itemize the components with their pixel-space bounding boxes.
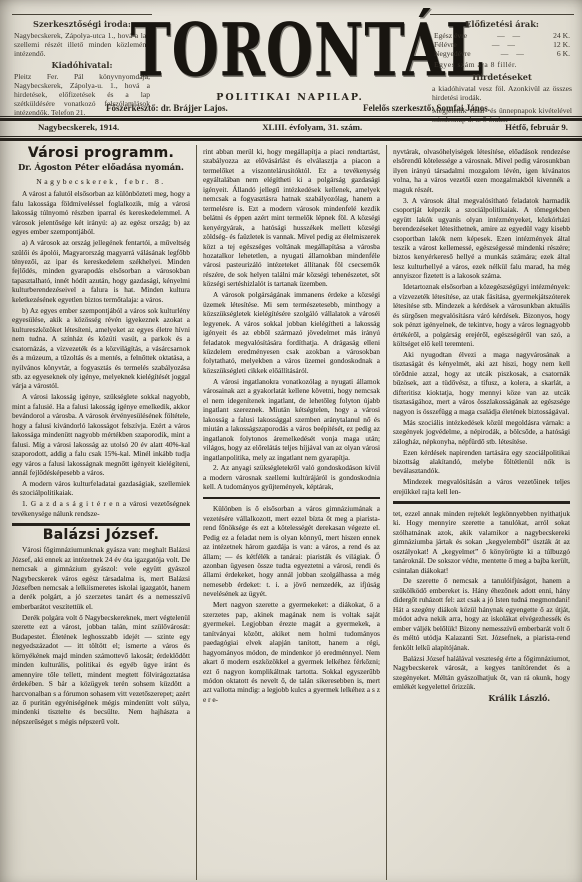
article-paragraph: A városok polgárságának immanens érdeke … <box>203 290 380 375</box>
article-paragraph: 2. Az anyagi szükségletekről való gondos… <box>203 463 380 491</box>
header-divider-bottom <box>0 136 582 141</box>
rate-value: 24 K. <box>553 31 570 40</box>
chief-editor: Főszerkesztő: dr. Brájjer Lajos. <box>106 103 228 113</box>
article-divider <box>203 497 380 500</box>
rate-label: Félévre <box>434 40 457 49</box>
article-paragraph: rint abban merül ki, hogy megállapítja a… <box>203 147 380 289</box>
rate-row-halfyear: Félévre — — 12 K. <box>434 40 570 49</box>
article-paragraph: Városi főgimnáziumunknak gyásza van: meg… <box>12 545 190 611</box>
article-paragraph: Ezen kérdések napirenden tartására egy s… <box>393 448 570 476</box>
article-paragraph: Balázsi József halálával veszteség érte … <box>393 654 570 692</box>
rate-label: Egész évre <box>434 31 467 40</box>
rate-value: 12 K. <box>553 40 570 49</box>
article-paragraph: a) A városok az ország jellegének fentar… <box>12 238 190 304</box>
newspaper-subtitle: POLITIKAI NAPILAP. <box>134 92 446 103</box>
article-paragraph: Idetartoznak elsősorban a közegészségügy… <box>393 282 570 348</box>
article-signature: Králik László. <box>393 694 570 703</box>
article-paragraph: A várost a falutól elsősorban az különbö… <box>12 189 190 236</box>
article-paragraph: De szerette ő nemcsak a tanulóifjúságot,… <box>393 576 570 652</box>
issue-place: Nagybecskerek, 1914. <box>38 122 119 132</box>
issue-line: Nagybecskerek, 1914. XLIII. évfolyam, 31… <box>38 122 568 132</box>
rate-dash: — — <box>457 40 553 49</box>
article-paragraph: 1. G a z d a s á g i t é r e n a városi … <box>12 499 190 518</box>
article-dateline: Nagybecskerek, febr. 8. <box>12 177 190 186</box>
issue-number: XLIII. évfolyam, 31. szám. <box>262 122 362 132</box>
article-paragraph: Aki nyugodtan élvezi a maga nagyvárosána… <box>393 350 570 416</box>
article-subheading: Dr. Ágoston Péter előadása nyomán. <box>12 163 190 172</box>
article-paragraph: A városi lakosság igénye, szükséglete so… <box>12 392 190 477</box>
article-paragraph: Mert nagyon szerette a gyermekeket: a di… <box>203 600 380 704</box>
article-divider <box>393 501 570 504</box>
newspaper-page: Szerkesztőségi iroda: Nagybecskerek, Záp… <box>0 0 582 882</box>
article-paragraph: Más szociális intézkedések közül megoldá… <box>393 418 570 446</box>
advertisements-title: Hirdetéseket <box>430 73 574 82</box>
rate-row-quarter: Negyedévre — — 6 K. <box>434 49 570 58</box>
advertisements-text: a kiadóhivatal vesz föl. Azonkivül az ös… <box>432 84 572 102</box>
header-divider-top <box>0 116 582 121</box>
article-paragraph: A városi ingatlanokra vonatkozólag a nyu… <box>203 377 380 462</box>
rate-label: Negyedévre <box>434 49 471 58</box>
masthead: TORONTÁL POLITIKAI NAPILAP. <box>134 8 446 103</box>
article-paragraph: nyvtárak, olvasóhelyiségek létesítése, e… <box>393 147 570 194</box>
single-copy-price: Egyes szám ára 8 fillér. <box>434 60 570 69</box>
column-3: nyvtárak, olvasóhelyiségek létesítése, e… <box>386 145 576 880</box>
article-paragraph: Különben is ő elsősorban a város gimnázi… <box>203 504 380 599</box>
article-columns: Városi programm.Dr. Ágoston Péter előadá… <box>6 145 576 880</box>
article-paragraph: tet, ezzel annak minden rejtekét legkönn… <box>393 509 570 575</box>
article-heading: Balázsi József. <box>12 531 190 540</box>
article-paragraph: A modern város kulturfeladatai gazdasági… <box>12 479 190 498</box>
issue-date: Hétfő, február 9. <box>505 122 568 132</box>
article-paragraph: b) Az egyes ember szempontjából a város … <box>12 306 190 391</box>
rate-value: 6 K. <box>557 49 570 58</box>
article-paragraph: Mindezek megvalósításán a város vezetőin… <box>393 477 570 496</box>
subscription-rates-title: Előfizetési árak: <box>430 20 574 29</box>
editors-line: Főszerkesztő: dr. Brájjer Lajos. Felelős… <box>106 103 490 113</box>
article-paragraph: Derék polgára volt ő Nagybecskereknek, m… <box>12 613 190 726</box>
column-2: rint abban merül ki, hogy megállapítja a… <box>196 145 386 880</box>
column-1: Városi programm.Dr. Ágoston Péter előadá… <box>6 145 196 880</box>
rate-dash: — — <box>471 49 557 58</box>
article-divider <box>12 523 190 526</box>
article-heading: Városi programm. <box>12 149 190 158</box>
rate-dash: — — <box>467 31 553 40</box>
responsible-editor: Felelős szerkesztő: Somfai János. <box>363 103 490 113</box>
rate-row-annual: Egész évre — — 24 K. <box>434 31 570 40</box>
article-paragraph: 3. A városok által megvalósítható felada… <box>393 196 570 281</box>
